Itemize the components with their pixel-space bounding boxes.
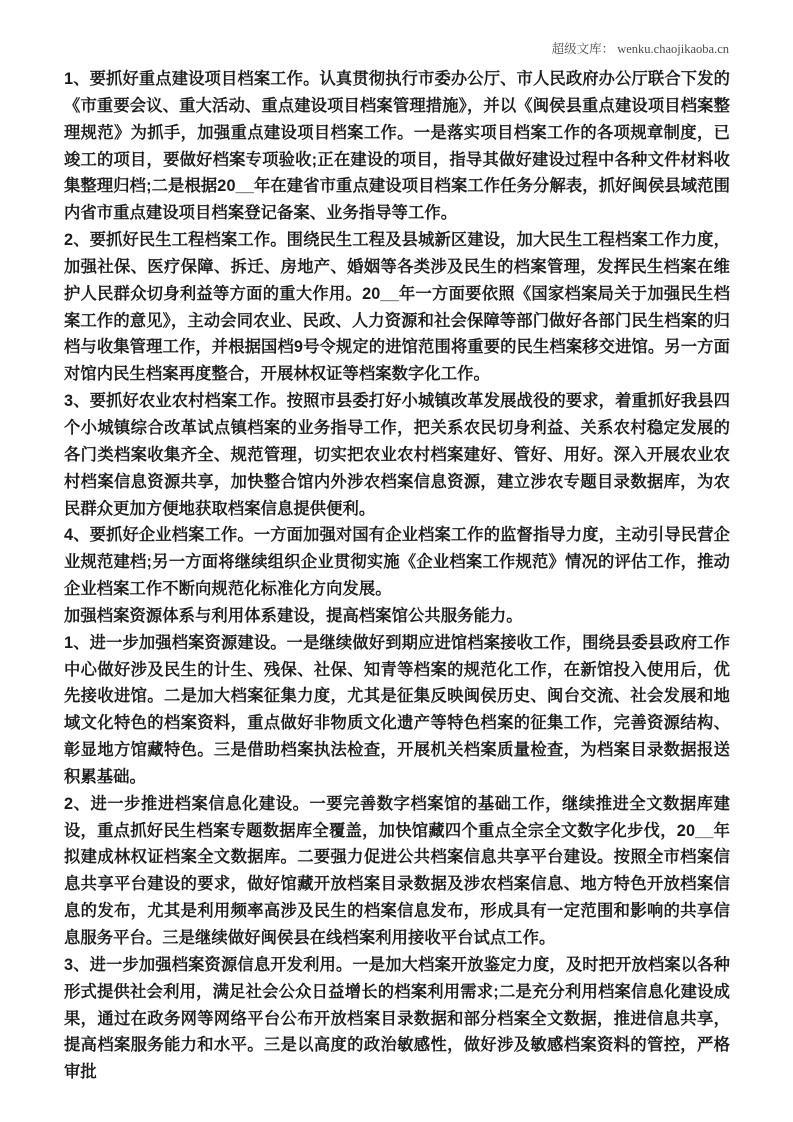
paragraph-7: 2、进一步推进档案信息化建设。一要完善数字档案馆的基础工作，继续推进全文数据库建… (64, 791, 730, 952)
paragraph-4: 4、要抓好企业档案工作。一方面加强对国有企业档案工作的监督指导力度，主动引导民营… (64, 522, 730, 603)
paragraph-1: 1、要抓好重点建设项目档案工作。认真贯彻执行市委办公厅、市人民政府办公厅联合下发… (64, 66, 730, 227)
paragraph-2: 2、要抓好民生工程档案工作。围绕民生工程及县城新区建设，加大民生工程档案工作力度… (64, 227, 730, 388)
paragraph-8: 3、进一步加强档案资源信息开发利用。一是加大档案开放鉴定力度，及时把开放档案以各… (64, 952, 730, 1086)
watermark: 超级文库： wenku.chaojikaoba.cn (64, 42, 729, 57)
paragraph-6: 1、进一步加强档案资源建设。一是继续做好到期应进馆档案接收工作，围绕县委县政府工… (64, 630, 730, 791)
paragraph-3: 3、要抓好农业农村档案工作。按照市县委打好小城镇改革发展战役的要求，着重抓好我县… (64, 388, 730, 522)
watermark-url: wenku.chaojikaoba.cn (617, 42, 729, 56)
document-body: 1、要抓好重点建设项目档案工作。认真贯彻执行市委办公厅、市人民政府办公厅联合下发… (64, 66, 730, 1086)
watermark-label: 超级文库： (552, 42, 615, 56)
paragraph-5-section-heading: 加强档案资源体系与利用体系建设，提高档案馆公共服务能力。 (64, 603, 730, 630)
document-page: 超级文库： wenku.chaojikaoba.cn 1、要抓好重点建设项目档案… (0, 0, 793, 1122)
